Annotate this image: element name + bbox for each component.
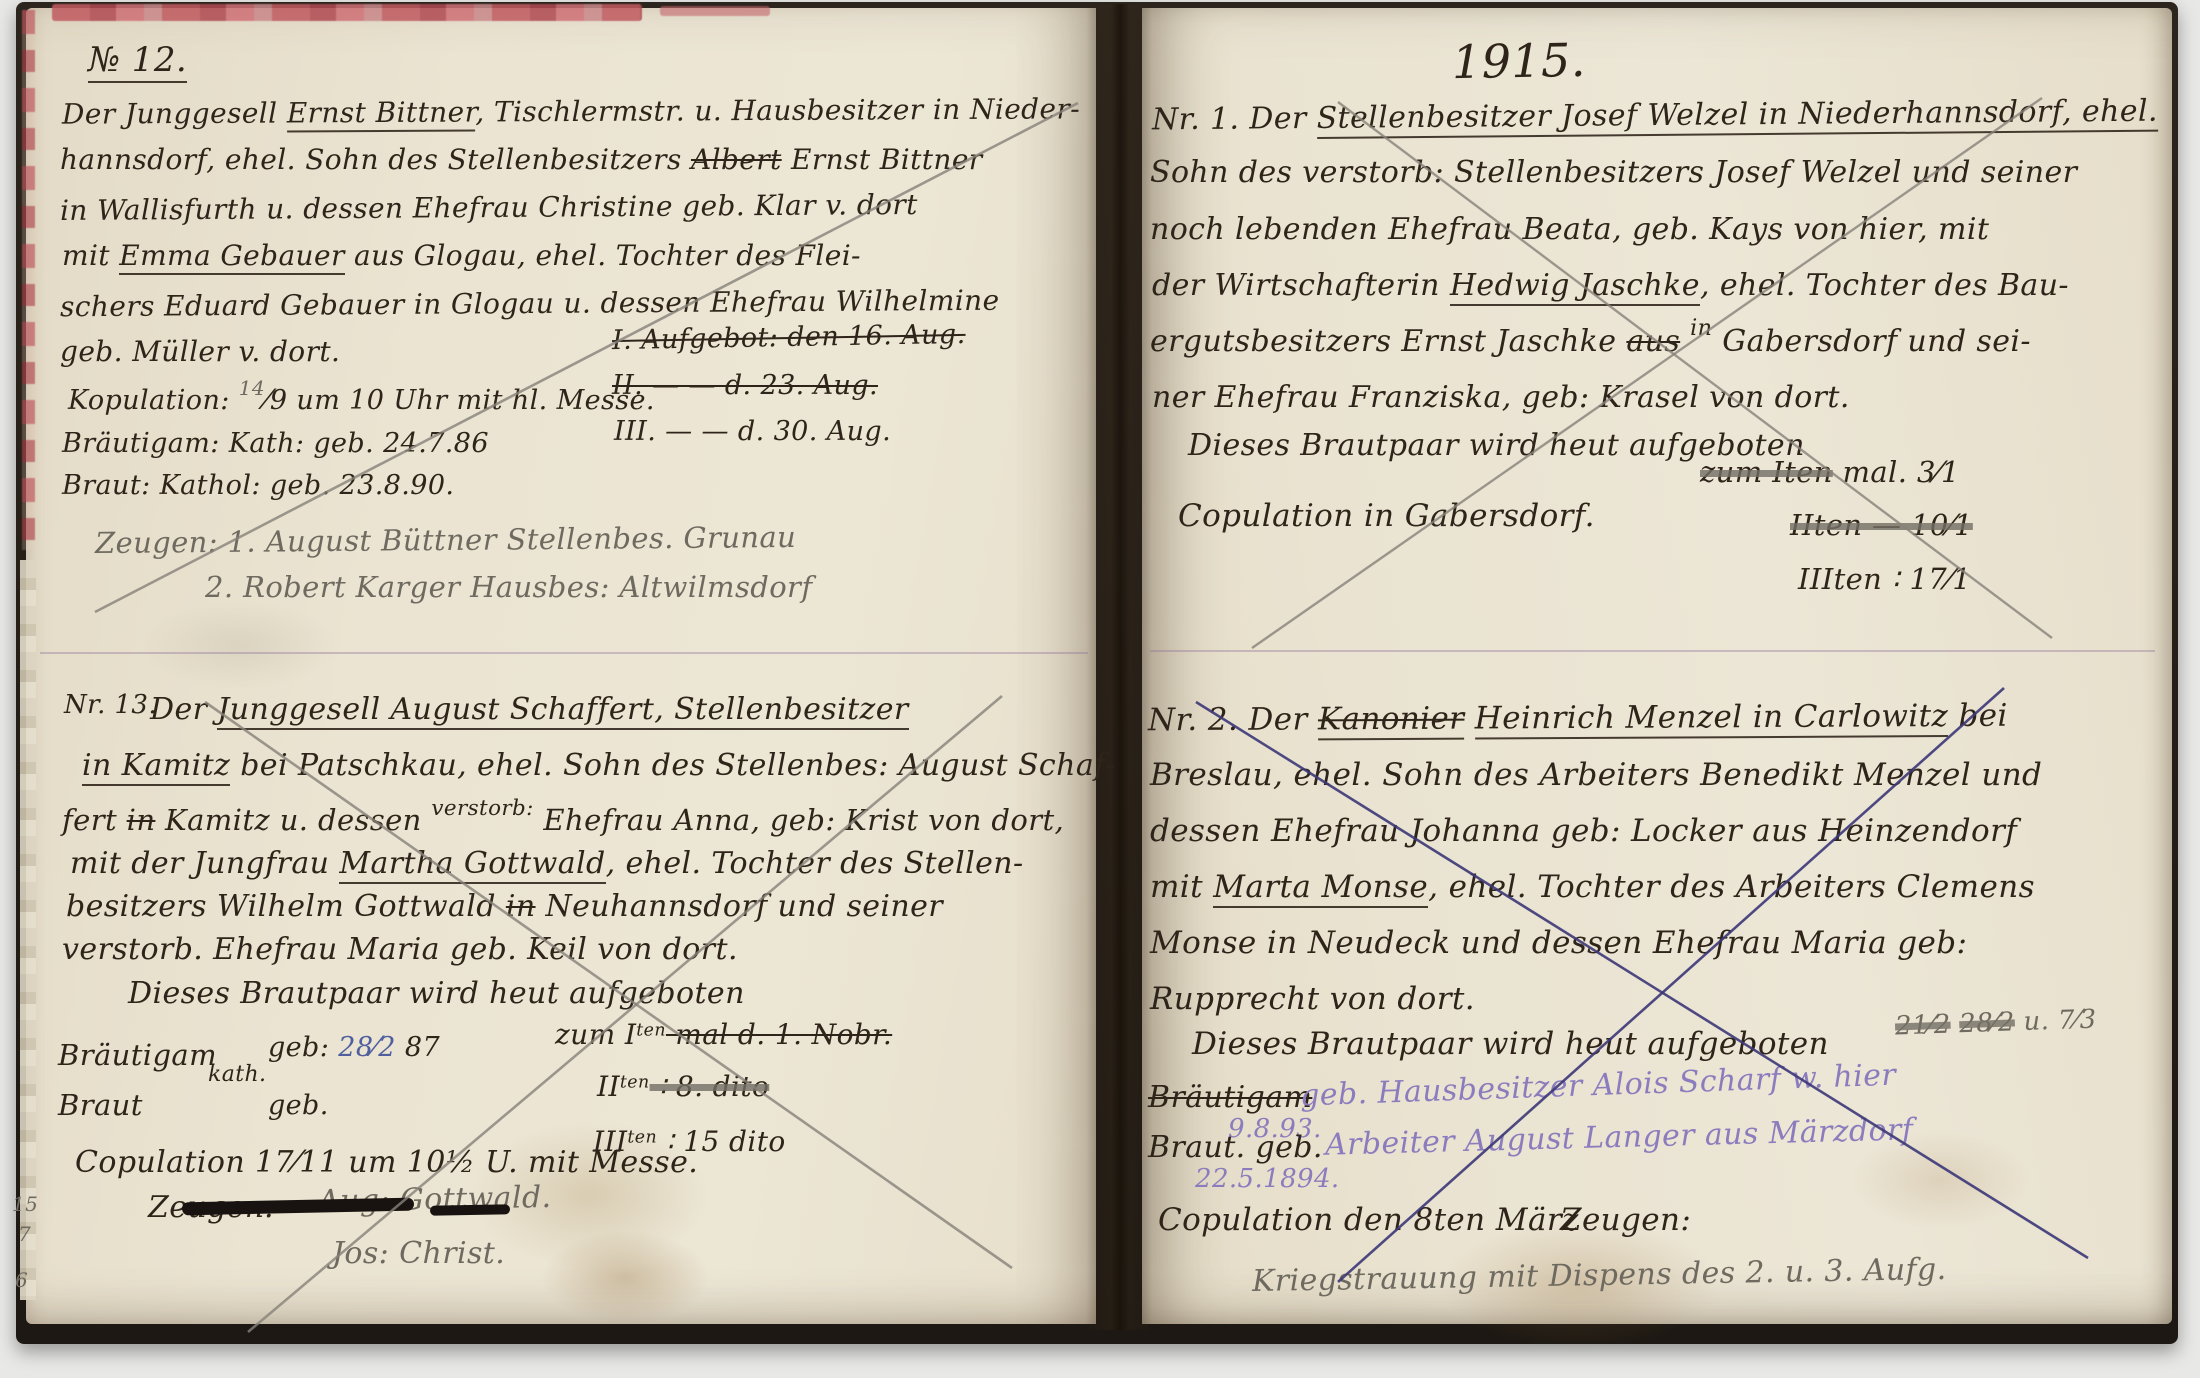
text-segment: Braut. geb.	[1148, 1130, 1323, 1165]
text-segment: Kamitz u. dessen	[155, 803, 431, 837]
copulation-line: Kopulation: 14⁄9 um 10 Uhr mit hl. Messe…	[68, 385, 655, 416]
text-segment: ⁄9 um 10 Uhr mit hl. Messe.	[265, 385, 655, 416]
register-line: in Wallisfurth u. dessen Ehefrau Christi…	[60, 188, 918, 227]
witnesses-line-1: Zeugen: 1. August Büttner Stellenbes. Gr…	[95, 520, 796, 560]
year-heading: 1915.	[1452, 33, 1587, 89]
text-segment: Der Junggesell	[62, 96, 287, 130]
text-segment: Emma Gebauer	[119, 239, 344, 275]
text-segment: 14	[239, 376, 265, 400]
register-line: besitzers Wilhelm Gottwald in Neuhannsdo…	[66, 889, 943, 924]
register-line: mit Marta Monse, ehel. Tochter des Arbei…	[1150, 869, 2035, 905]
text-segment: bei	[1948, 698, 2008, 734]
deckled-page-edge	[20, 560, 36, 1300]
register-line: dessen Ehefrau Johanna geb: Locker aus H…	[1150, 813, 2017, 849]
text-segment: in Kamitz	[82, 748, 230, 786]
text-segment: Heinrich Menzel in Carlowitz	[1475, 698, 1949, 739]
text-segment: Neuhannsdorf und seiner	[536, 889, 944, 924]
register-line: mit Emma Gebauer aus Glogau, ehel. Tocht…	[62, 239, 861, 272]
text-segment	[1464, 701, 1474, 737]
text-segment: Sohn des verstorb: Stellenbesitzers Jose…	[1150, 155, 2077, 190]
register-line: ergutsbesitzers Ernst Jaschke aus in Gab…	[1150, 324, 2031, 359]
register-line: mit der Jungfrau Martha Gottwald, ehel. …	[70, 846, 1024, 881]
groom-line: Bräutigam	[1148, 1080, 1312, 1115]
text-segment: Bräutigam	[1148, 1080, 1312, 1115]
book-gutter	[1086, 4, 1152, 1330]
text-segment: Breslau, ehel. Sohn des Arbeiters Benedi…	[1150, 757, 2042, 793]
entry-divider-rule	[40, 652, 1088, 654]
text-segment: in	[506, 889, 536, 924]
text-segment: II. — — d. 23. Aug.	[612, 370, 878, 401]
text-segment: Der	[150, 692, 217, 727]
text-segment: Copulation den 8ten März	[1158, 1202, 1579, 1238]
entry-number-12: № 12.	[88, 40, 187, 80]
banns-announcement-line: Dieses Brautpaar wird heut aufgeboten	[1192, 1026, 1829, 1062]
text-segment: Rupprecht von dort.	[1150, 981, 1475, 1017]
register-line: schers Eduard Gebauer in Glogau u. desse…	[60, 284, 1000, 324]
text-segment: Dieses Brautpaar wird heut aufgeboten	[128, 976, 745, 1011]
text-segment: schers Eduard Gebauer in Glogau u. desse…	[60, 284, 1000, 324]
groom-line: Bräutigam: Kath: geb. 24.7.86	[62, 428, 489, 459]
text-segment: hannsdorf, ehel. Sohn des Stellenbesitze…	[60, 143, 691, 176]
text-segment: ner Ehefrau Franziska, geb: Krasel von d…	[1152, 380, 1850, 415]
banns-announcement-line: Dieses Brautpaar wird heut aufgeboten	[128, 976, 745, 1011]
religion-note: kath.	[208, 1062, 266, 1087]
bride-line: Braut	[58, 1088, 143, 1122]
stain	[540, 1230, 710, 1325]
text-segment: 6	[15, 1268, 28, 1292]
register-line: Der Junggesell August Schaffert, Stellen…	[150, 692, 909, 727]
text-segment: Nr. 2. Der	[1148, 701, 1318, 738]
text-segment: Martha Gottwald	[339, 846, 605, 884]
text-segment: geb:	[268, 1032, 329, 1063]
text-segment: IIten — 10⁄1	[1790, 508, 1973, 542]
text-segment: mal d. 1. Nobr.	[666, 1018, 892, 1051]
text-segment: verstorb:	[431, 796, 533, 821]
text-segment: zum I	[555, 1018, 636, 1051]
text-segment: 21⁄2	[1895, 1010, 1952, 1042]
text-segment: Braut: Kathol: geb. 23.8.90.	[62, 470, 454, 501]
text-segment: 1915.	[1452, 33, 1587, 89]
entry-number-13: Nr. 13.	[64, 690, 157, 720]
text-segment: IIIten ∶ 17⁄1	[1798, 562, 1971, 596]
register-line: verstorb. Ehefrau Maria geb. Keil von do…	[62, 932, 738, 967]
text-segment: fert	[62, 803, 127, 837]
banns-line-2: IIten ∶ 8. dito	[597, 1070, 769, 1103]
witnesses-label: Zeugen:	[1560, 1202, 1691, 1238]
text-segment: mal. 3⁄1	[1833, 455, 1960, 489]
margin-note: 7	[18, 1222, 31, 1246]
text-segment: 28⁄2	[1959, 1007, 2016, 1039]
text-segment: Nr. 1. Der	[1152, 101, 1317, 137]
register-line: ner Ehefrau Franziska, geb: Krasel von d…	[1152, 380, 1850, 415]
text-segment: Stellenbesitzer Josef Welzel in Niederha…	[1316, 94, 2158, 139]
text-segment: Marta Monse	[1213, 869, 1428, 908]
banns-line-2: IIten — 10⁄1	[1790, 508, 1973, 542]
groom-birthdate: geb: 28⁄2 87	[268, 1032, 440, 1063]
text-segment: , ehel. Tochter des Bau-	[1700, 268, 2069, 303]
text-segment: Junggesell August Schaffert, Stellenbesi…	[217, 692, 908, 730]
register-book-scan: № 12. Der Junggesell Ernst Bittner, Tisc…	[0, 0, 2200, 1378]
text-segment: Dieses Brautpaar wird heut aufgeboten	[1192, 1026, 1829, 1062]
text-segment: № 12.	[88, 40, 187, 83]
banns-line-3: III. — — d. 30. Aug.	[614, 416, 891, 447]
register-line: Der Junggesell Ernst Bittner, Tischlerms…	[62, 92, 1080, 130]
register-line: Breslau, ehel. Sohn des Arbeiters Benedi…	[1150, 757, 2042, 793]
text-segment: kath.	[208, 1062, 266, 1087]
text-segment: mit	[1150, 869, 1213, 905]
text-segment: III. — — d. 30. Aug.	[614, 416, 891, 447]
register-line: Rupprecht von dort.	[1150, 981, 1475, 1017]
text-segment: 7	[18, 1222, 31, 1246]
text-segment: besitzers Wilhelm Gottwald	[66, 889, 506, 924]
text-segment: ergutsbesitzers Ernst Jaschke	[1150, 324, 1626, 359]
register-line: Monse in Neudeck und dessen Ehefrau Mari…	[1150, 925, 1967, 961]
text-segment: Hedwig Jaschke	[1450, 268, 1700, 306]
witness-2: Jos: Christ.	[332, 1236, 505, 1271]
copulation-line: Copulation 17⁄11 um 10½ U. mit Messe.	[75, 1145, 698, 1180]
banns-line-2: II. — — d. 23. Aug.	[612, 370, 878, 401]
margin-note: 6	[15, 1268, 28, 1292]
text-segment: dessen Ehefrau Johanna geb: Locker aus H…	[1150, 813, 2017, 849]
text-segment: Zeugen:	[1560, 1202, 1691, 1238]
groom-line: Bräutigam	[58, 1038, 217, 1072]
text-segment: in	[1690, 315, 1712, 341]
text-segment: ∶ 8. dito	[650, 1070, 770, 1103]
text-segment: 87	[405, 1032, 440, 1063]
text-segment: II	[597, 1070, 620, 1103]
text-segment: bei Patschkau, ehel. Sohn des Stellenbes…	[230, 748, 1115, 783]
bride-line: Braut. geb.	[1148, 1130, 1323, 1165]
text-segment: mit der Jungfrau	[70, 846, 339, 881]
text-segment: Braut	[58, 1088, 143, 1122]
register-line: der Wirtschafterin Hedwig Jaschke, ehel.…	[1152, 268, 2069, 303]
banns-line-3: IIIten ∶ 17⁄1	[1798, 562, 1971, 596]
register-line: fert in Kamitz u. dessen verstorb: Ehefr…	[62, 803, 1064, 837]
text-segment: Albert	[691, 143, 782, 176]
text-segment: Bräutigam	[58, 1038, 217, 1072]
bride-birthdate: geb.	[268, 1090, 329, 1121]
text-segment: Monse in Neudeck und dessen Ehefrau Mari…	[1150, 925, 1967, 961]
ink-redaction-bar	[430, 1204, 510, 1215]
register-line: hannsdorf, ehel. Sohn des Stellenbesitze…	[60, 143, 983, 176]
text-segment: mit	[62, 239, 119, 272]
margin-note: 15	[12, 1192, 38, 1216]
copulation-line: Copulation den 8ten März	[1158, 1202, 1579, 1238]
text-segment: , Tischlermstr. u. Hausbesitzer in Niede…	[475, 92, 1080, 128]
text-segment: ten	[636, 1020, 666, 1040]
banns-line-1: zum Iten mal. 3⁄1	[1700, 455, 1960, 489]
text-segment: Zeugen: 1.	[95, 525, 266, 560]
text-segment: , ehel. Tochter des Arbeiters Clemens	[1428, 869, 2035, 905]
text-segment: Copulation 17⁄11 um 10½ U. mit Messe.	[75, 1145, 698, 1180]
red-page-edge-left	[22, 10, 35, 550]
text-segment: in Wallisfurth u. dessen Ehefrau Christi…	[60, 188, 918, 227]
text-segment: 2. Robert Karger Hausbes: Altwilmsdorf	[205, 570, 812, 604]
bride-line: Braut: Kathol: geb. 23.8.90.	[62, 470, 454, 501]
text-segment: Gabersdorf und sei-	[1712, 324, 2031, 359]
register-line: Nr. 1. Der Stellenbesitzer Josef Welzel …	[1152, 94, 2158, 138]
text-segment: I. Aufgebot: den 16. Aug.	[612, 319, 966, 356]
text-segment: in	[127, 803, 156, 837]
text-segment: noch lebenden Ehefrau Beata, geb. Kays v…	[1150, 212, 1989, 247]
text-segment: Ehefrau Anna, geb: Krist von dort,	[534, 803, 1064, 837]
stain	[140, 600, 340, 690]
text-segment: geb.	[268, 1090, 329, 1121]
copulation-line: Copulation in Gabersdorf.	[1178, 498, 1595, 534]
register-line: Sohn des verstorb: Stellenbesitzers Jose…	[1150, 155, 2077, 190]
entry-divider-rule	[1150, 650, 2155, 652]
text-segment: verstorb. Ehefrau Maria geb. Keil von do…	[62, 932, 738, 967]
text-segment: 28⁄2	[338, 1032, 396, 1063]
text-segment: u. 7⁄3	[2014, 1004, 2097, 1037]
text-segment: Jos: Christ.	[332, 1236, 505, 1271]
text-segment: Ernst Bittner	[782, 143, 983, 176]
red-page-edge-top	[660, 6, 770, 16]
text-segment: aus Glogau, ehel. Tochter des Flei-	[345, 239, 861, 272]
text-segment: , ehel. Tochter des Stellen-	[606, 846, 1024, 881]
text-segment: Kopulation:	[68, 385, 239, 416]
text-segment: ten	[620, 1072, 650, 1092]
register-line: noch lebenden Ehefrau Beata, geb. Kays v…	[1150, 212, 1989, 247]
text-segment: Copulation in Gabersdorf.	[1178, 498, 1595, 534]
bride-birthdate: 22.5.1894.	[1195, 1164, 1340, 1194]
witnesses-line-2: 2. Robert Karger Hausbes: Altwilmsdorf	[205, 570, 812, 604]
text-segment: 22.5.1894.	[1195, 1164, 1340, 1194]
text-segment: August Büttner Stellenbes. Grunau	[266, 520, 797, 559]
red-page-edge-top	[52, 4, 642, 21]
text-segment: geb. Müller v. dort.	[60, 335, 340, 368]
text-segment: Kanonier	[1318, 701, 1465, 741]
text-segment: Ernst Bittner	[287, 96, 476, 133]
banns-line-1: zum Iten mal d. 1. Nobr.	[555, 1018, 892, 1051]
register-line: in Kamitz bei Patschkau, ehel. Sohn des …	[82, 748, 1115, 783]
text-segment: der Wirtschafterin	[1152, 268, 1450, 303]
text-segment: aus	[1626, 324, 1680, 359]
register-line: geb. Müller v. dort.	[60, 335, 340, 368]
register-line: Nr. 2. Der Kanonier Heinrich Menzel in C…	[1148, 698, 2008, 739]
text-segment: 15	[12, 1192, 38, 1216]
banns-line-1: I. Aufgebot: den 16. Aug.	[612, 319, 966, 356]
text-segment: Bräutigam: Kath: geb. 24.7.86	[62, 428, 489, 459]
text-segment: Nr. 13.	[64, 690, 157, 720]
text-segment: zum Iten	[1700, 455, 1833, 489]
